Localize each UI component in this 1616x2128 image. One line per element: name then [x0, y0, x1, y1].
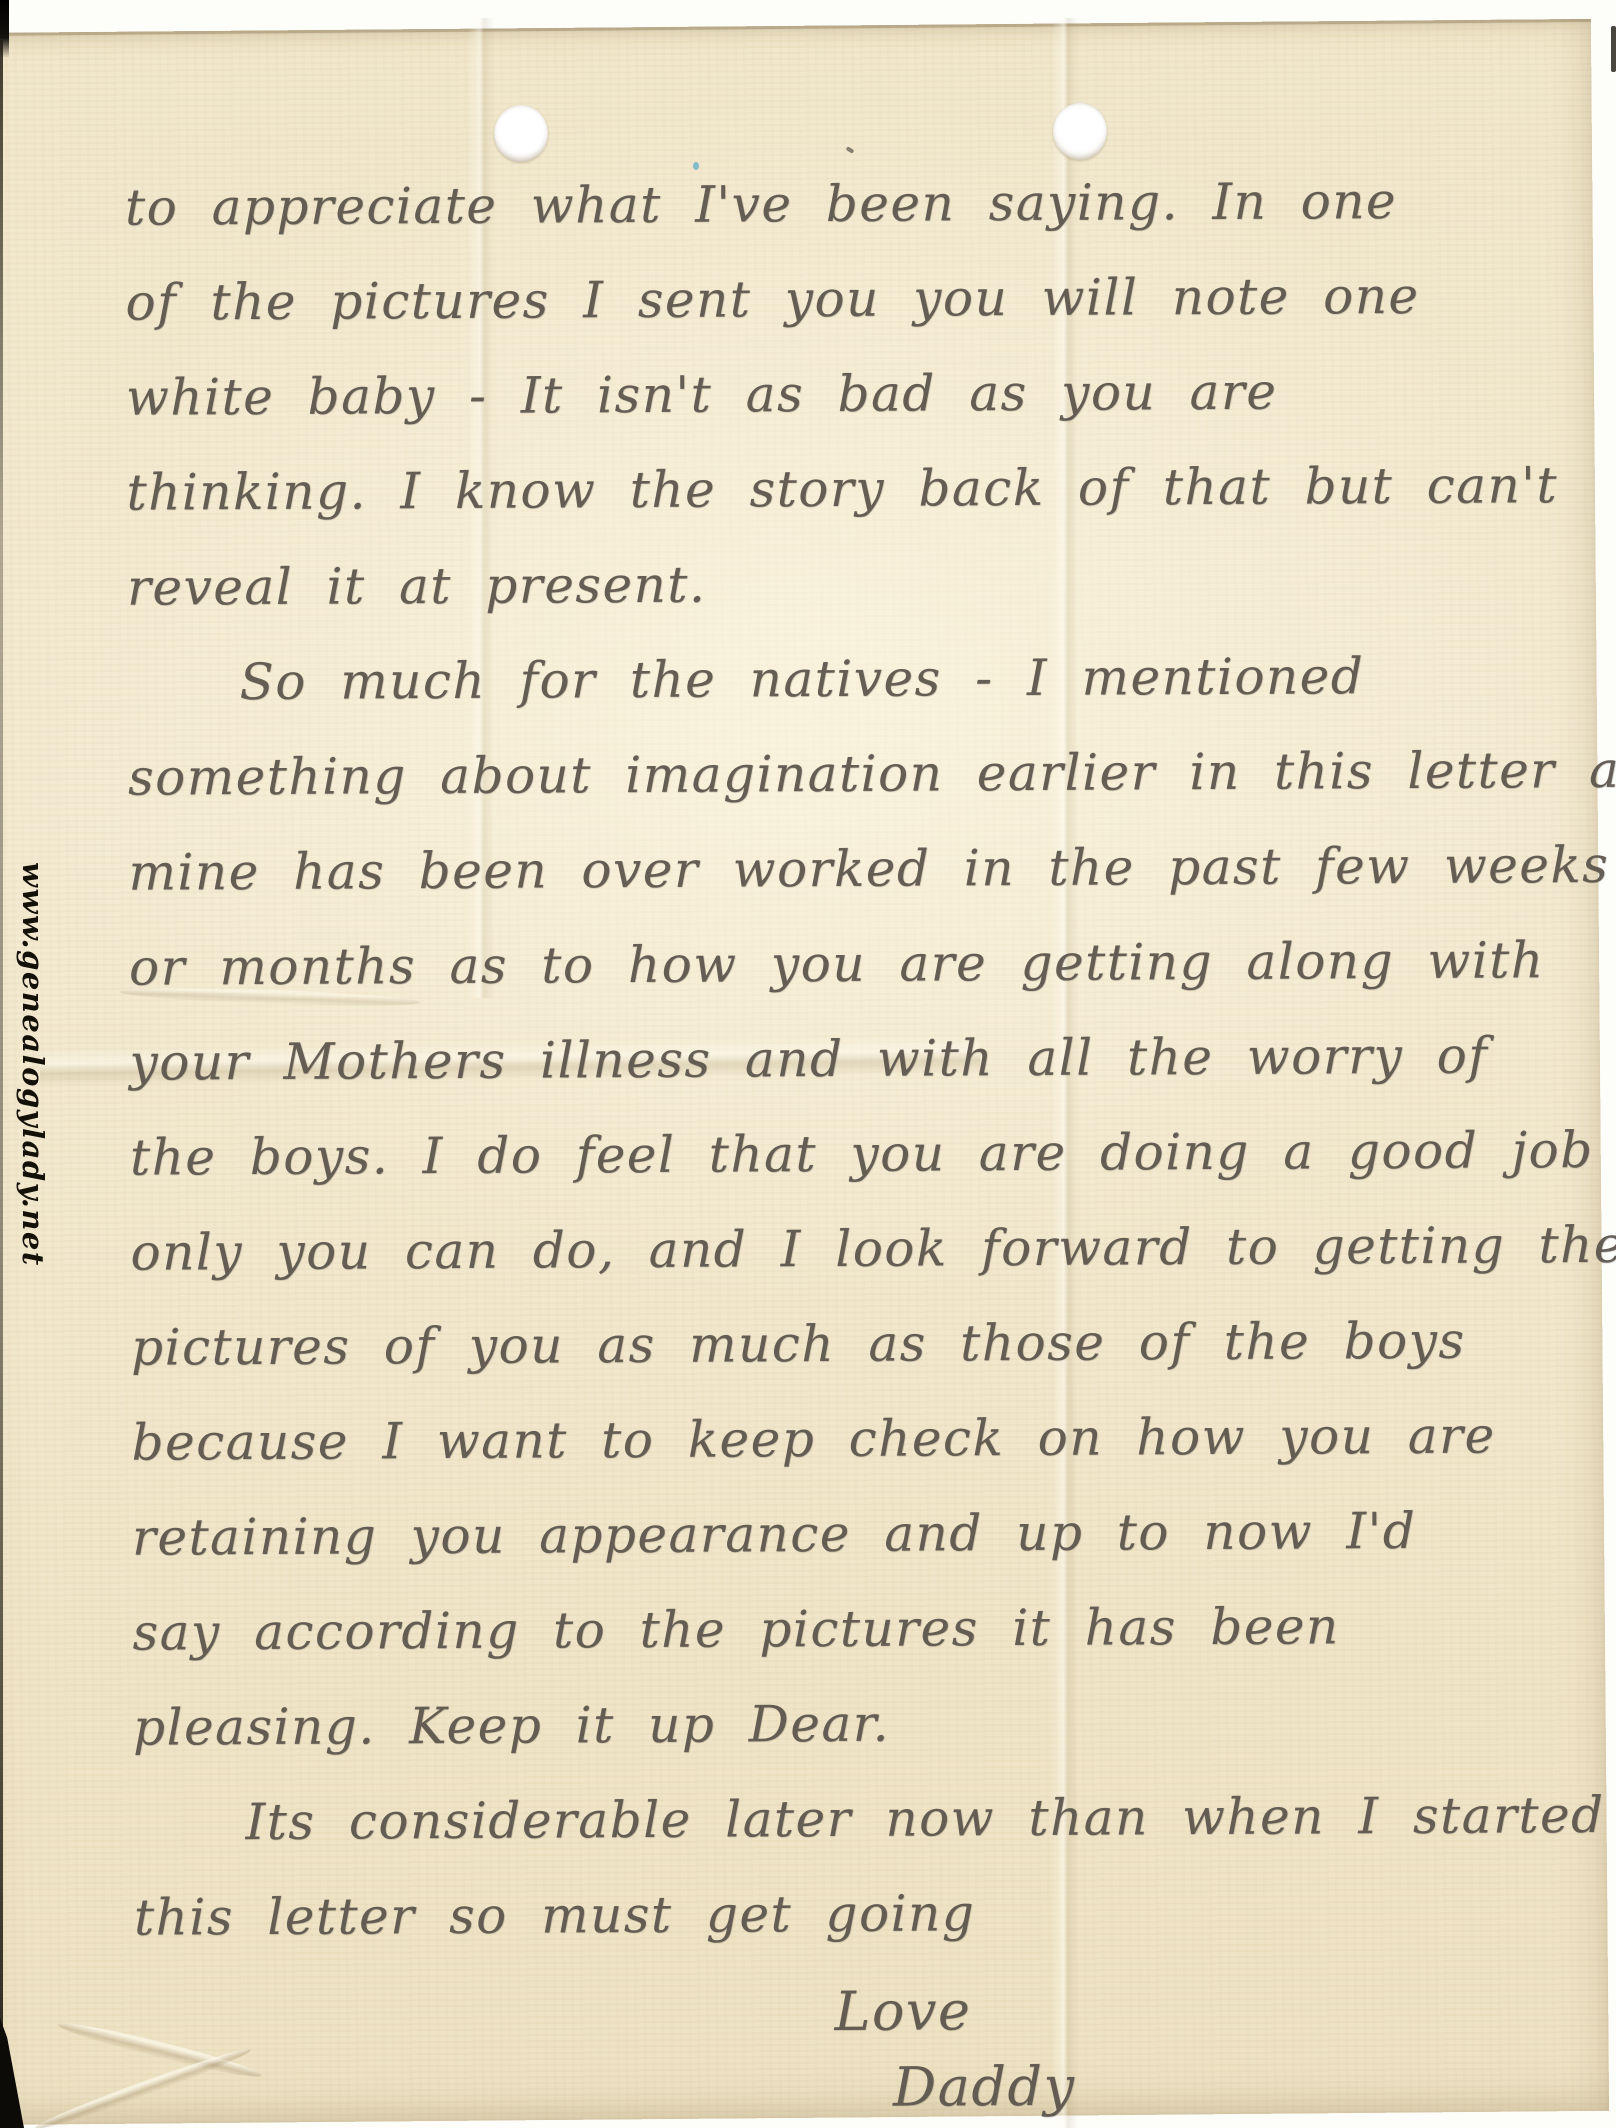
letter-line: mine has been over worked in the past fe… [128, 836, 1528, 938]
letter-line: because I want to keep check on how you … [131, 1406, 1531, 1508]
ink-speck [693, 162, 699, 170]
letter-line: say according to the pictures it has bee… [132, 1596, 1532, 1698]
letter-body: to appreciate what I've been saying. In … [125, 171, 1535, 2128]
letter-line: pictures of you as much as those of the … [131, 1311, 1531, 1413]
letter-line: this letter so must get going [134, 1881, 1534, 1983]
letter-line: or months as to how you are getting alon… [129, 931, 1529, 1033]
signature-line: Love [834, 1976, 1534, 2056]
punch-hole-right [1053, 103, 1107, 160]
watermark-text: www.genealogylady.net [16, 862, 50, 1267]
letter-line: Its considerable later now than when I s… [133, 1786, 1533, 1888]
letter-line: your Mothers illness and with all the wo… [129, 1026, 1529, 1128]
letter-line: So much for the natives - I mentioned [127, 646, 1527, 748]
letter-line: pleasing. Keep it up Dear. [133, 1691, 1533, 1793]
scanner-edge-shadow [0, 40, 3, 2030]
letter-line: thinking. I know the story back of that … [126, 456, 1526, 558]
punch-hole-left [494, 105, 548, 162]
signature-line: Daddy [893, 2052, 1535, 2128]
letter-line: white baby - It isn't as bad as you are [126, 361, 1526, 463]
letter-line: retaining you appearance and up to now I… [132, 1501, 1532, 1603]
letter-line: to appreciate what I've been saying. In … [125, 171, 1525, 273]
letter-line: reveal it at present. [127, 551, 1527, 653]
scan-background: www.genealogylady.net to appreciate what… [0, 0, 1616, 2128]
letter-line: the boys. I do feel that you are doing a… [130, 1121, 1530, 1223]
letter-line: something about imagination earlier in t… [128, 741, 1528, 843]
scanner-edge-mark [1611, 26, 1616, 72]
letter-line: only you can do, and I look forward to g… [130, 1216, 1530, 1318]
letter-line: of the pictures I sent you you will note… [125, 266, 1525, 368]
